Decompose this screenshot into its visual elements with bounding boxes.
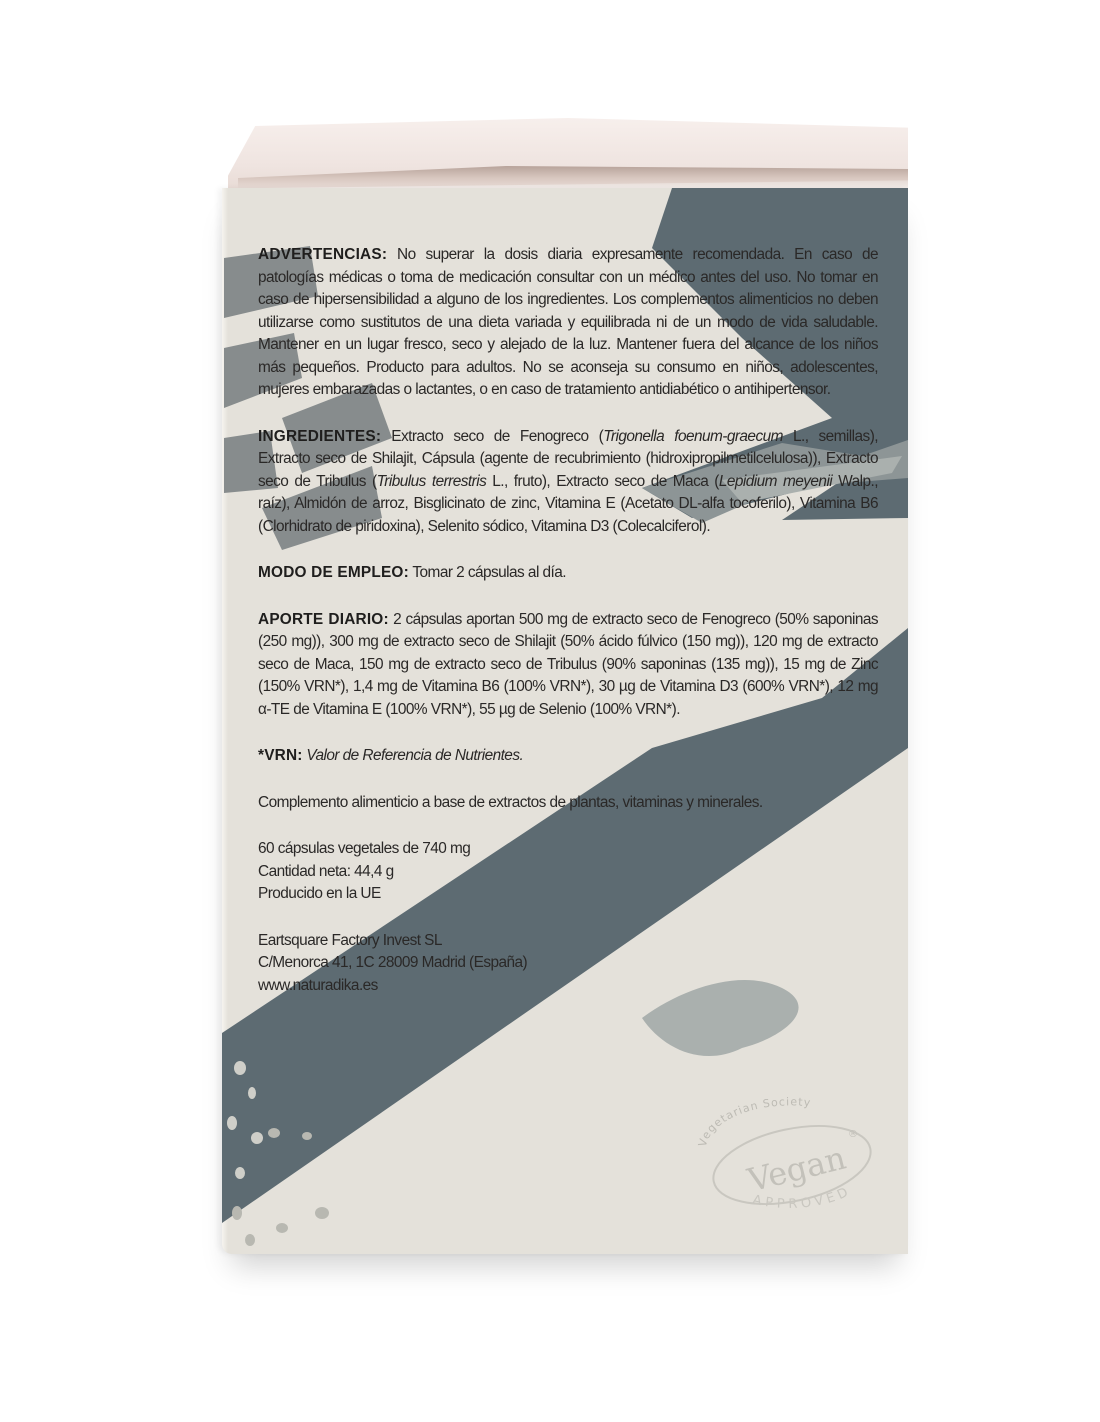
company-name: Eartsquare Factory Invest SL (258, 930, 878, 953)
usage-paragraph: MODO DE EMPLEO: Tomar 2 cápsulas al día. (258, 562, 878, 585)
quantity-info: 60 cápsulas vegetales de 740 mg Cantidad… (258, 838, 878, 906)
product-description: Complemento alimenticio a base de extrac… (258, 792, 878, 815)
warnings-text: No superar la dosis diaria expresamente … (258, 246, 878, 398)
label-text-block: ADVERTENCIAS: No superar la dosis diaria… (258, 244, 878, 997)
origin: Producido en la UE (258, 883, 878, 906)
net-quantity: Cantidad neta: 44,4 g (258, 861, 878, 884)
daily-intake-heading: APORTE DIARIO: (258, 611, 389, 628)
vrn-text: Valor de Referencia de Nutrientes. (306, 747, 523, 764)
ingredients-paragraph: INGREDIENTES: Extracto seco de Fenogreco… (258, 426, 878, 539)
vrn-note: *VRN: Valor de Referencia de Nutrientes. (258, 745, 878, 768)
ingredients-heading: INGREDIENTES: (258, 428, 381, 445)
capsule-count: 60 cápsulas vegetales de 740 mg (258, 838, 878, 861)
svg-text:®: ® (848, 1129, 858, 1140)
box-side-panel: ADVERTENCIAS: No superar la dosis diaria… (222, 188, 908, 1254)
warnings-paragraph: ADVERTENCIAS: No superar la dosis diaria… (258, 244, 878, 402)
daily-intake-paragraph: APORTE DIARIO: 2 cápsulas aportan 500 mg… (258, 609, 878, 722)
usage-heading: MODO DE EMPLEO: (258, 564, 409, 581)
company-address: C/Menorca 41, 1C 28009 Madrid (España) (258, 952, 878, 975)
company-website: www.naturadika.es (258, 975, 878, 998)
usage-text: Tomar 2 cápsulas al día. (412, 564, 566, 581)
company-info: Eartsquare Factory Invest SL C/Menorca 4… (258, 930, 878, 998)
vrn-heading: *VRN: (258, 747, 303, 764)
vegan-approved-emblem-icon: Vegetarian Society Vegan ® APPROVED (684, 1093, 894, 1213)
warnings-heading: ADVERTENCIAS: (258, 246, 387, 263)
